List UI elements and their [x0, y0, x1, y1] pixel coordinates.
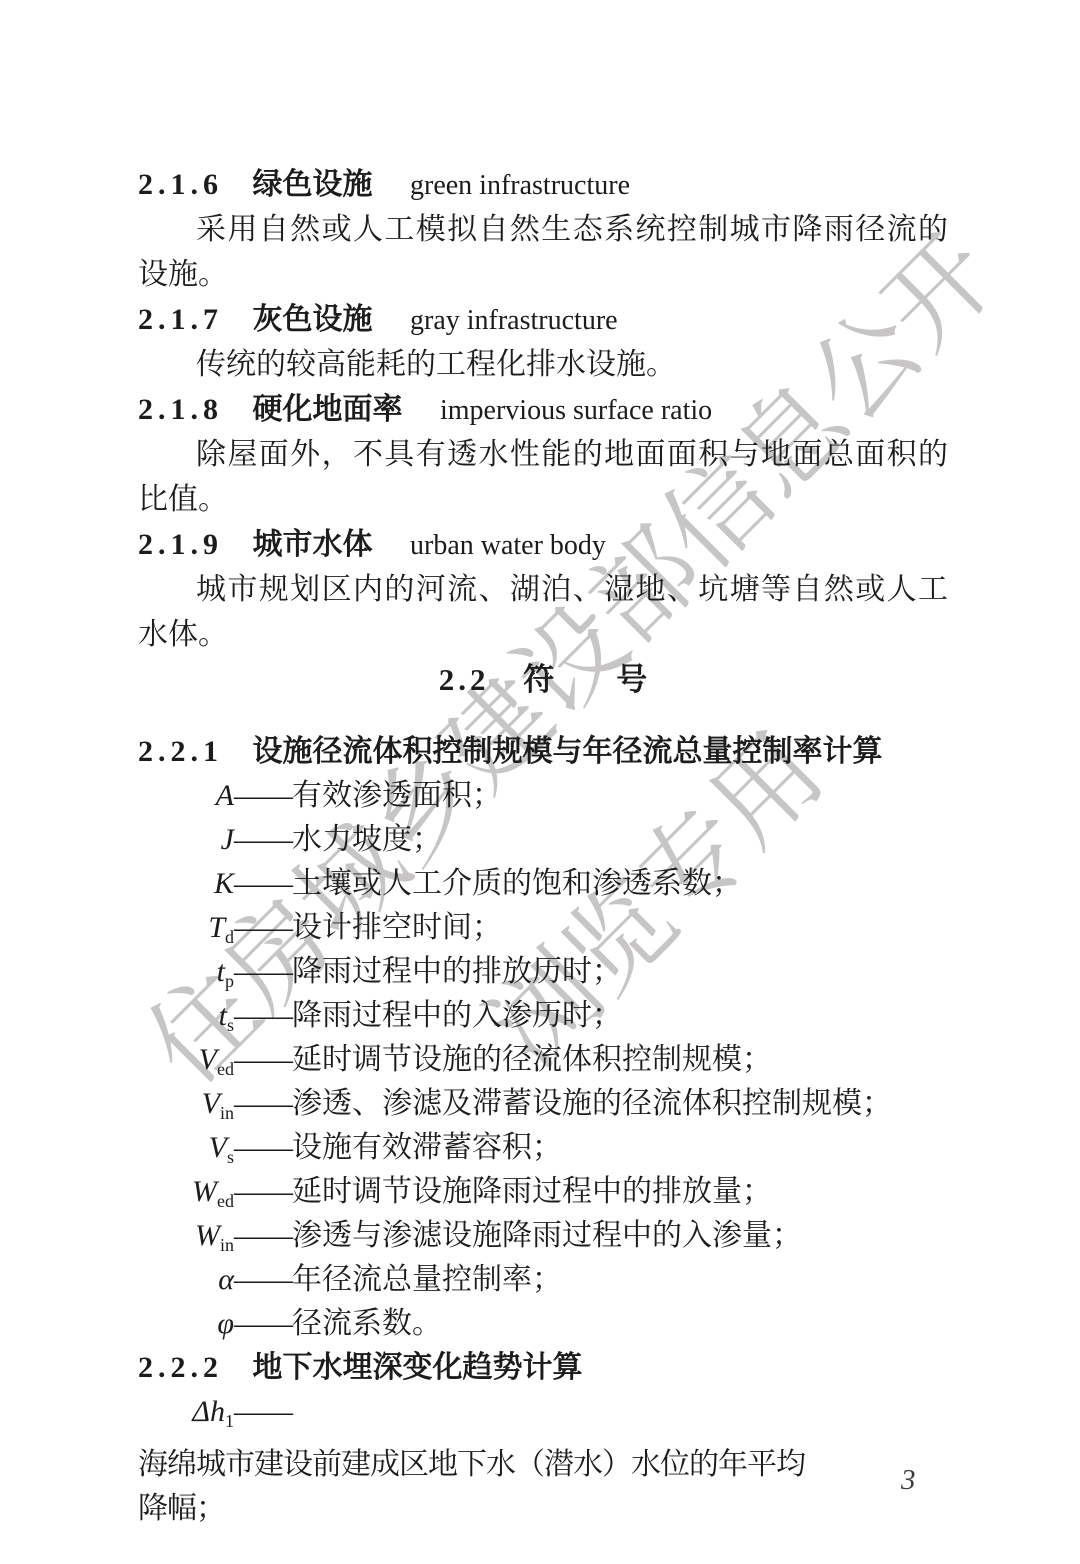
symbol-row: K——土壤或人工介质的饱和渗透系数； — [138, 862, 948, 906]
clause-heading: 2.1.6 绿色设施 green infrastructure — [138, 162, 948, 207]
clause-term-en: gray infrastructure — [410, 305, 618, 336]
symbol-dash: —— — [234, 867, 292, 900]
paragraph-line: 设施。 — [138, 252, 948, 297]
symbol-dash: —— — [234, 911, 292, 944]
symbol-definition: 有效渗透面积； — [292, 779, 502, 812]
symbol-dash: —— — [234, 823, 292, 856]
paragraph-line: 传统的较高能耗的工程化排水设施。 — [138, 342, 948, 387]
symbol-definition: 年径流总量控制率； — [292, 1263, 562, 1296]
symbol-definition: 降雨过程中的入渗历时； — [292, 999, 622, 1032]
symbol-definition: 海绵城市建设前建成区地下水（潜水）水位的年平均降幅； — [138, 1443, 818, 1531]
clause-number: 2.1.6 — [138, 168, 223, 201]
symbol: Δh1 — [138, 1390, 234, 1443]
clause-number: 2.1.9 — [138, 528, 223, 561]
symbol-dash: —— — [234, 1175, 292, 1208]
symbol-dash: —— — [234, 955, 292, 988]
page-content: 2.1.6 绿色设施 green infrastructure 采用自然或人工模… — [0, 0, 1080, 1478]
symbol-row: Win——渗透与渗滤设施降雨过程中的入渗量； — [138, 1214, 948, 1258]
symbol-dash: —— — [234, 779, 292, 812]
symbol-row: A——有效渗透面积； — [138, 774, 948, 818]
symbol-row: α——年径流总量控制率； — [138, 1258, 948, 1302]
paragraph-line: 城市规划区内的河流、湖泊、湿地、坑塘等自然或人工 — [138, 567, 948, 612]
symbol-row: ts——降雨过程中的入渗历时； — [138, 994, 948, 1038]
clause-heading: 2.2.1 设施径流体积控制规模与年径流总量控制率计算 — [138, 729, 948, 774]
clause-heading: 2.1.7 灰色设施 gray infrastructure — [138, 297, 948, 342]
clause-title: 地下水埋深变化趋势计算 — [253, 1351, 583, 1384]
document-page: 住房城乡建设部信息公开 浏览专用 2.1.6 绿色设施 green infras… — [0, 0, 1080, 1564]
clause-term-en: green infrastructure — [410, 170, 630, 201]
clause-term-en: urban water body — [410, 530, 606, 561]
symbol-definition: 延时调节设施的径流体积控制规模； — [292, 1043, 772, 1076]
symbol-row: Δh1——海绵城市建设前建成区地下水（潜水）水位的年平均降幅； — [138, 1390, 948, 1478]
clause-term: 硬化地面率 — [253, 393, 403, 426]
symbol-dash: —— — [234, 1395, 292, 1428]
symbol-definition: 降雨过程中的排放历时； — [292, 955, 622, 988]
clause-term: 灰色设施 — [253, 303, 373, 336]
symbol-dash: —— — [234, 1307, 292, 1340]
symbol-definition: 水力坡度； — [292, 823, 442, 856]
symbol-list: A——有效渗透面积； J——水力坡度； K——土壤或人工介质的饱和渗透系数； T… — [138, 774, 948, 1478]
paragraph-line: 除屋面外，不具有透水性能的地面面积与地面总面积的 — [138, 432, 948, 477]
page-number: 3 — [901, 1464, 916, 1497]
symbol-dash: —— — [234, 1043, 292, 1076]
section-title: 符 号 — [523, 662, 647, 697]
clause-term: 绿色设施 — [253, 168, 373, 201]
symbol-row: φ——径流系数。 — [138, 1302, 948, 1346]
symbol-definition: 设计排空时间； — [292, 911, 502, 944]
clause-term: 城市水体 — [253, 528, 373, 561]
symbol-dash: —— — [234, 1131, 292, 1164]
symbol-row: Vin——渗透、渗滤及滞蓄设施的径流体积控制规模； — [138, 1082, 948, 1126]
clause-heading: 2.2.2 地下水埋深变化趋势计算 — [138, 1346, 948, 1390]
clause-number: 2.1.7 — [138, 303, 223, 336]
symbol-row: J——水力坡度； — [138, 818, 948, 862]
paragraph-line: 水体。 — [138, 612, 948, 657]
symbol-dash: —— — [234, 1087, 292, 1120]
symbol-dash: —— — [234, 999, 292, 1032]
section-number: 2.2 — [439, 662, 490, 697]
symbol-definition: 土壤或人工介质的饱和渗透系数； — [292, 867, 742, 900]
symbol-definition: 渗透、渗滤及滞蓄设施的径流体积控制规模； — [292, 1087, 892, 1120]
paragraph-line: 采用自然或人工模拟自然生态系统控制城市降雨径流的 — [138, 207, 948, 252]
symbol-definition: 渗透与渗滤设施降雨过程中的入渗量； — [292, 1219, 802, 1252]
symbol-row: Ved——延时调节设施的径流体积控制规模； — [138, 1038, 948, 1082]
symbol-definition: 设施有效滞蓄容积； — [292, 1131, 562, 1164]
clause-number: 2.2.2 — [138, 1351, 223, 1384]
symbol-dash: —— — [234, 1219, 292, 1252]
clause-heading: 2.1.8 硬化地面率 impervious surface ratio — [138, 387, 948, 432]
section-heading: 2.2 符 号 — [138, 657, 948, 702]
clause-title: 设施径流体积控制规模与年径流总量控制率计算 — [253, 735, 883, 768]
symbol-definition: 径流系数。 — [292, 1307, 442, 1340]
paragraph-line: 比值。 — [138, 477, 948, 522]
symbol-dash: —— — [234, 1263, 292, 1296]
clause-term-en: impervious surface ratio — [440, 395, 712, 426]
clause-number: 2.2.1 — [138, 735, 223, 768]
symbol-row: tp——降雨过程中的排放历时； — [138, 950, 948, 994]
symbol-row: Wed——延时调节设施降雨过程中的排放量； — [138, 1170, 948, 1214]
symbol-row: Td——设计排空时间； — [138, 906, 948, 950]
clause-heading: 2.1.9 城市水体 urban water body — [138, 522, 948, 567]
clause-number: 2.1.8 — [138, 393, 223, 426]
symbol-definition: 延时调节设施降雨过程中的排放量； — [292, 1175, 772, 1208]
symbol-row: Vs——设施有效滞蓄容积； — [138, 1126, 948, 1170]
